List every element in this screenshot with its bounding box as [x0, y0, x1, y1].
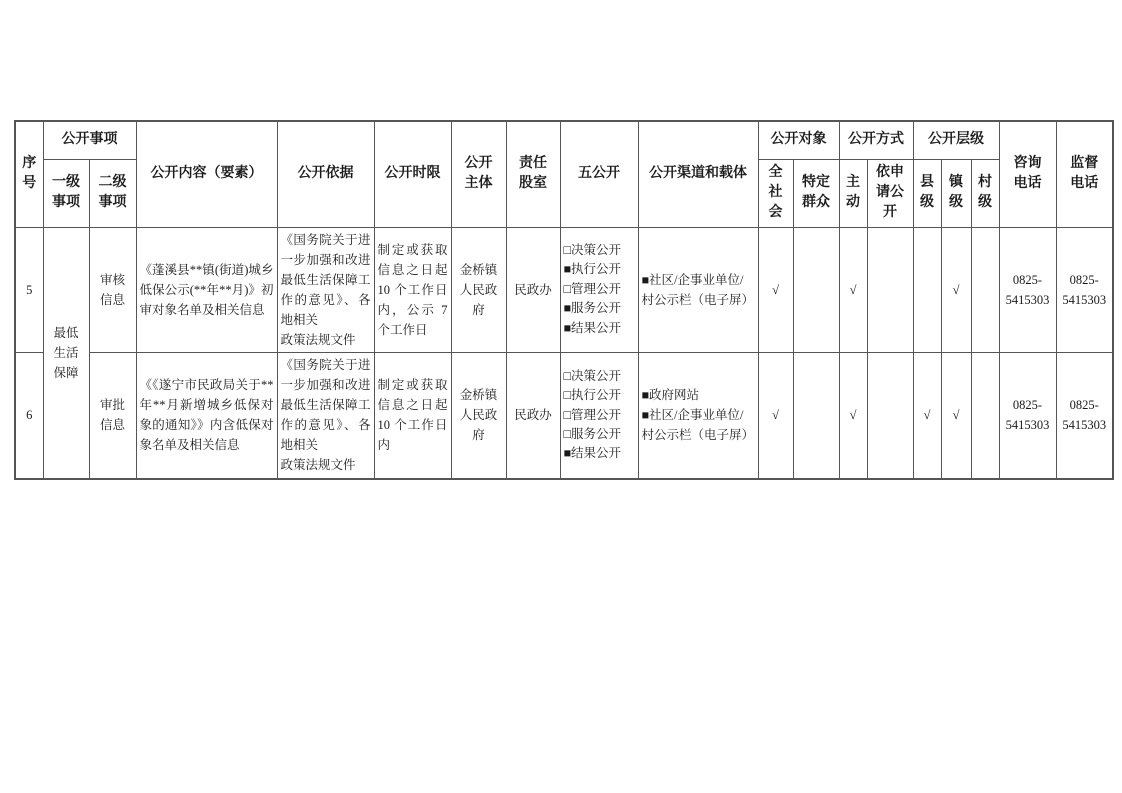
header-basis: 公开依据 [277, 121, 374, 227]
header-five-disclosure: 五公开 [560, 121, 638, 227]
check-cell-mode-active: √ [839, 227, 867, 352]
level2-item-label: 审批信息 [100, 395, 125, 435]
check-cell-town: √ [941, 227, 971, 352]
content-cell: 《蓬溪县**镇(街道)城乡低保公示(**年**月)》初审对象名单及相关信息 [136, 227, 277, 352]
five-item-execution: □执行公开 [564, 386, 635, 405]
subject-cell: 金桥镇人民政府 [451, 227, 506, 352]
table-row-6: 6 审批信息 《《遂宁市民政局关于**年**月新增城乡低保对象的通知》》内含低保… [15, 352, 1113, 479]
check-cell-village [971, 227, 999, 352]
five-disclosure-cell: □决策公开 ■执行公开 □管理公开 ■服务公开 ■结果公开 [560, 227, 638, 352]
header-mode-request: 依申请公开 [867, 159, 913, 227]
subject-cell: 金桥镇人民政府 [451, 352, 506, 479]
header-mode-request-label: 依申请公开 [876, 163, 904, 224]
header-consult-phone-label: 咨询电话 [1014, 154, 1042, 195]
five-item-service: ■服务公开 [564, 299, 635, 318]
consult-phone-cell: 0825-5415303 [999, 352, 1056, 479]
disclosure-matrix-table: 序号 公开事项 公开内容（要素） 公开依据 公开时限 公开主体 责任股室 五公开… [14, 120, 1114, 480]
level2-cell: 审核信息 [89, 227, 136, 352]
five-item-execution: ■执行公开 [564, 260, 635, 279]
consult-phone-cell: 0825-5415303 [999, 227, 1056, 352]
check-cell-target-specific [793, 227, 839, 352]
header-level1-label: 一级事项 [52, 173, 80, 214]
header-seq: 序号 [15, 121, 43, 227]
channels-cell: ■社区/企事业单位/村公示栏（电子屏） [638, 227, 758, 352]
dept-cell: 民政办 [506, 227, 560, 352]
header-level-group: 公开层级 [913, 121, 999, 159]
header-supervise-phone: 监督电话 [1056, 121, 1113, 227]
supervise-phone-cell: 0825-5415303 [1056, 352, 1113, 479]
level1-cell: 最低生活保障 [43, 227, 89, 479]
check-cell-county [913, 227, 941, 352]
header-level-village-label: 村级 [978, 173, 992, 214]
seq-cell: 6 [15, 352, 43, 479]
check-cell-mode-active: √ [839, 352, 867, 479]
check-cell-target-all: √ [758, 227, 793, 352]
header-target-all-label: 全社会 [769, 163, 783, 224]
five-item-result: ■结果公开 [564, 444, 635, 463]
time-limit-cell: 制定或获取信息之日起 10 个工作日内，公示 7 个工作日 [374, 227, 451, 352]
header-mode-active-label: 主动 [846, 173, 860, 214]
header-channels: 公开渠道和载体 [638, 121, 758, 227]
level2-item-label: 审核信息 [100, 270, 125, 310]
header-disclosure-items-group: 公开事项 [43, 121, 136, 159]
header-target-all: 全社会 [758, 159, 793, 227]
header-dept-label: 责任股室 [519, 154, 547, 195]
header-level-county-label: 县级 [920, 173, 934, 214]
header-level-town-label: 镇级 [949, 173, 963, 214]
header-dept: 责任股室 [506, 121, 560, 227]
five-item-management: □管理公开 [564, 406, 635, 425]
header-target-group: 公开对象 [758, 121, 839, 159]
five-item-result: ■结果公开 [564, 319, 635, 338]
dept-cell: 民政办 [506, 352, 560, 479]
header-level2-label: 二级事项 [99, 173, 127, 214]
channels-cell: ■政府网站 ■社区/企事业单位/村公示栏（电子屏） [638, 352, 758, 479]
header-level-county: 县级 [913, 159, 941, 227]
check-cell-town: √ [941, 352, 971, 479]
table-row-5: 5 最低生活保障 审核信息 《蓬溪县**镇(街道)城乡低保公示(**年**月)》… [15, 227, 1113, 352]
channel-item: ■政府网站 [642, 385, 755, 405]
header-subject: 公开主体 [451, 121, 506, 227]
five-item-service: □服务公开 [564, 425, 635, 444]
five-item-decision: □决策公开 [564, 367, 635, 386]
five-item-management: □管理公开 [564, 280, 635, 299]
check-cell-mode-request [867, 227, 913, 352]
header-subject-label: 公开主体 [465, 154, 493, 195]
level1-item-label: 最低生活保障 [54, 323, 79, 383]
header-row-groups: 序号 公开事项 公开内容（要素） 公开依据 公开时限 公开主体 责任股室 五公开… [15, 121, 1113, 159]
check-cell-village [971, 352, 999, 479]
check-cell-county: √ [913, 352, 941, 479]
header-mode-active: 主动 [839, 159, 867, 227]
check-cell-target-all: √ [758, 352, 793, 479]
header-consult-phone: 咨询电话 [999, 121, 1056, 227]
channel-item: ■社区/企事业单位/村公示栏（电子屏） [642, 405, 755, 445]
header-level-village: 村级 [971, 159, 999, 227]
document-page: 序号 公开事项 公开内容（要素） 公开依据 公开时限 公开主体 责任股室 五公开… [0, 0, 1122, 793]
five-disclosure-cell: □决策公开 □执行公开 □管理公开 □服务公开 ■结果公开 [560, 352, 638, 479]
basis-cell: 《国务院关于进一步加强和改进最低生活保障工作的意见》、各地相关 政策法规文件 [277, 352, 374, 479]
seq-cell: 5 [15, 227, 43, 352]
header-level2-item: 二级事项 [89, 159, 136, 227]
header-time-limit: 公开时限 [374, 121, 451, 227]
header-content: 公开内容（要素） [136, 121, 277, 227]
check-cell-mode-request [867, 352, 913, 479]
check-cell-target-specific [793, 352, 839, 479]
time-limit-cell: 制定或获取信息之日起 10 个工作日内 [374, 352, 451, 479]
header-target-specific-label: 特定群众 [802, 173, 830, 214]
basis-cell: 《国务院关于进一步加强和改进最低生活保障工作的意见》、各地相关 政策法规文件 [277, 227, 374, 352]
header-level1-item: 一级事项 [43, 159, 89, 227]
header-supervise-phone-label: 监督电话 [1070, 154, 1098, 195]
header-mode-group: 公开方式 [839, 121, 913, 159]
level2-cell: 审批信息 [89, 352, 136, 479]
channel-item: ■社区/企事业单位/村公示栏（电子屏） [642, 270, 755, 310]
five-item-decision: □决策公开 [564, 241, 635, 260]
header-seq-label: 序号 [22, 154, 36, 195]
header-target-specific: 特定群众 [793, 159, 839, 227]
content-cell: 《《遂宁市民政局关于**年**月新增城乡低保对象的通知》》内含低保对象名单及相关… [136, 352, 277, 479]
header-level-town: 镇级 [941, 159, 971, 227]
supervise-phone-cell: 0825-5415303 [1056, 227, 1113, 352]
